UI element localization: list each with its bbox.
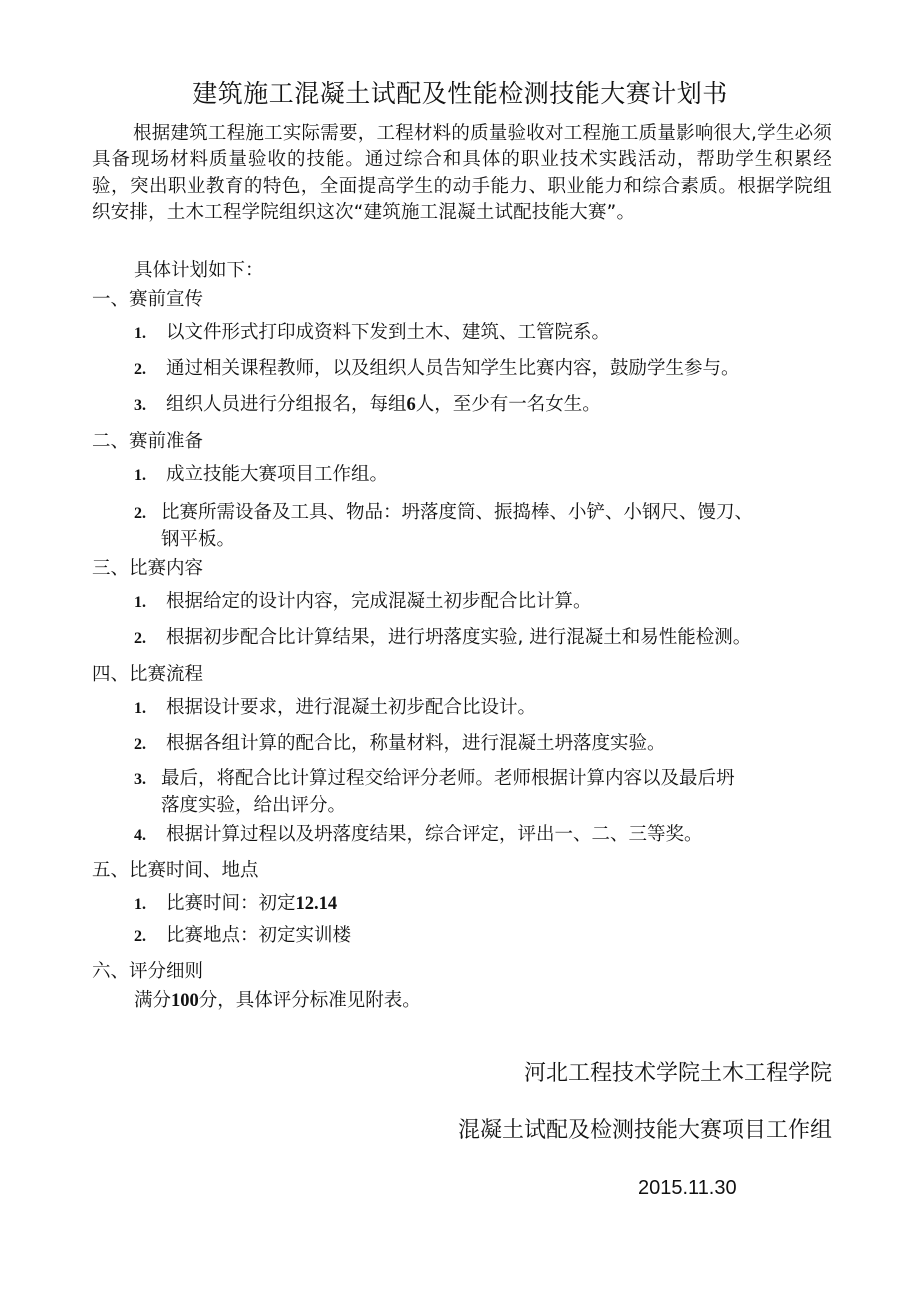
note-text: 满分	[134, 990, 171, 1011]
section-heading-publicity: 一、赛前宣传	[92, 287, 203, 313]
item-text: 根据初步配合比计算结果，进行坍落度实验, 进行混凝土和易性能检测。	[166, 627, 751, 648]
item-number: 1.	[134, 590, 166, 616]
item-number: 2.	[134, 924, 166, 950]
item-text: 比赛时间：初定	[166, 893, 296, 914]
plan-intro: 具体计划如下：	[134, 258, 264, 284]
item-text: 根据设计要求，进行混凝土初步配合比设计。	[166, 697, 536, 718]
item-number: 2.	[134, 732, 166, 758]
scoring-note: 满分100分，具体评分标准见附表。	[134, 988, 421, 1014]
section-heading-process: 四、比赛流程	[92, 662, 203, 688]
date-value: 12.14	[296, 894, 338, 914]
section-heading-time-place: 五、比赛时间、地点	[92, 858, 259, 884]
item-number: 1.	[134, 696, 166, 722]
item-number: 3.	[134, 767, 161, 793]
item-text-continued: 落度实验，给出评分。	[134, 793, 735, 819]
list-item: 1.成立技能大赛项目工作组。	[134, 462, 388, 489]
item-text: 成立技能大赛项目工作组。	[166, 464, 388, 485]
item-number: 1.	[134, 463, 166, 489]
list-item: 1.比赛时间：初定12.14	[134, 891, 337, 918]
list-item: 1.根据给定的设计内容，完成混凝土初步配合比计算。	[134, 589, 592, 616]
item-text: 比赛地点：初定实训楼	[166, 925, 351, 946]
item-text: 根据计算过程以及坍落度结果，综合评定，评出一、二、三等奖。	[166, 824, 703, 845]
list-item: 2.根据初步配合比计算结果，进行坍落度实验, 进行混凝土和易性能检测。	[134, 625, 751, 652]
item-number: 2.	[134, 357, 166, 383]
list-item: 2.比赛所需设备及工具、物品：坍落度筒、振捣棒、小铲、小钢尺、馒刀、 钢平板。	[134, 500, 753, 553]
section-heading-content: 三、比赛内容	[92, 556, 203, 582]
intro-paragraph: 根据建筑工程施工实际需要，工程材料的质量验收对工程施工质量影响很大,学生必须具备…	[92, 121, 832, 227]
note-text-tail: 分，具体评分标准见附表。	[199, 990, 421, 1011]
list-item: 3.最后，将配合比计算过程交给评分老师。老师根据计算内容以及最后坍 落度实验，给…	[134, 766, 735, 819]
item-text-tail: 人，至少有一名女生。	[416, 394, 601, 415]
list-item: 1.以文件形式打印成资料下发到土木、建筑、工管院系。	[134, 320, 610, 347]
section-heading-scoring: 六、评分细则	[92, 959, 203, 985]
section-heading-preparation: 二、赛前准备	[92, 429, 203, 455]
signature-group: 混凝土试配及检测技能大赛项目工作组	[458, 1116, 832, 1146]
list-item: 3.组织人员进行分组报名，每组6人，至少有一名女生。	[134, 392, 601, 419]
item-text: 比赛所需设备及工具、物品：坍落度筒、振捣棒、小铲、小钢尺、馒刀、	[161, 502, 753, 523]
group-size-value: 6	[407, 395, 416, 415]
document-page: 建筑施工混凝土试配及性能检测技能大赛计划书 根据建筑工程施工实际需要，工程材料的…	[0, 0, 920, 1301]
item-number: 2.	[134, 626, 166, 652]
item-text: 组织人员进行分组报名，每组	[166, 394, 407, 415]
list-item: 2.根据各组计算的配合比，称量材料，进行混凝土坍落度实验。	[134, 731, 666, 758]
list-item: 1.根据设计要求，进行混凝土初步配合比设计。	[134, 695, 536, 722]
item-number: 1.	[134, 321, 166, 347]
item-text: 通过相关课程教师，以及组织人员告知学生比赛内容，鼓励学生参与。	[166, 358, 740, 379]
item-number: 3.	[134, 393, 166, 419]
item-text: 以文件形式打印成资料下发到土木、建筑、工管院系。	[166, 322, 610, 343]
item-number: 2.	[134, 501, 161, 527]
list-item: 4.根据计算过程以及坍落度结果，综合评定，评出一、二、三等奖。	[134, 822, 703, 849]
item-text: 最后，将配合比计算过程交给评分老师。老师根据计算内容以及最后坍	[161, 768, 735, 789]
signature-organization: 河北工程技术学院土木工程学院	[524, 1059, 832, 1089]
item-number: 4.	[134, 823, 166, 849]
item-text: 根据给定的设计内容，完成混凝土初步配合比计算。	[166, 591, 592, 612]
full-score-value: 100	[171, 991, 199, 1011]
item-text: 根据各组计算的配合比，称量材料，进行混凝土坍落度实验。	[166, 733, 666, 754]
document-title: 建筑施工混凝土试配及性能检测技能大赛计划书	[0, 76, 920, 112]
list-item: 2.通过相关课程教师，以及组织人员告知学生比赛内容，鼓励学生参与。	[134, 356, 740, 383]
list-item: 2.比赛地点：初定实训楼	[134, 923, 351, 950]
item-text-continued: 钢平板。	[134, 527, 753, 553]
signature-date: 2015.11.30	[638, 1174, 737, 1202]
item-number: 1.	[134, 892, 166, 918]
